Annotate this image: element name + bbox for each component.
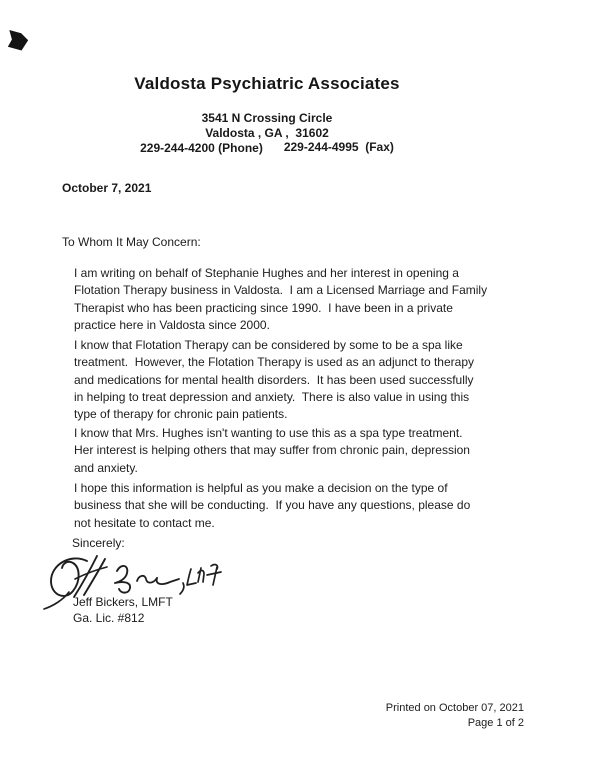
paragraph-line: Therapist who has been practicing since … [74,300,554,317]
letterhead: Valdosta Psychiatric Associates 3541 N C… [0,74,534,156]
scanned-letter-page: Valdosta Psychiatric Associates 3541 N C… [0,0,600,777]
letterhead-org-name: Valdosta Psychiatric Associates [0,74,534,94]
letterhead-address-line2: Valdosta , GA , 31602 [0,126,534,141]
signer-license: Ga. Lic. #812 [73,610,173,626]
paragraph-line: practice here in Valdosta since 2000. [74,317,554,334]
paragraph-line: I am writing on behalf of Stephanie Hugh… [74,265,554,282]
paragraph-1: I am writing on behalf of Stephanie Hugh… [74,265,554,334]
paragraph-line: Her interest is helping others that may … [74,442,554,459]
letter-salutation: To Whom It May Concern: [62,235,201,249]
paragraph-4: I hope this information is helpful as yo… [74,480,554,532]
paragraph-line: and medications for mental health disord… [74,372,554,389]
paragraph-line: Flotation Therapy business in Valdosta. … [74,282,554,299]
signer-name: Jeff Bickers, LMFT [73,594,173,610]
paragraph-line: in helping to treat depression and anxie… [74,389,554,406]
paragraph-2: I know that Flotation Therapy can be con… [74,337,554,423]
paragraph-line: I know that Flotation Therapy can be con… [74,337,554,354]
printed-on-label: Printed on October 07, 2021 [386,701,524,716]
letterhead-fax: 229-244-4995 (Fax) [284,140,394,154]
letterhead-address-line1: 3541 N Crossing Circle [0,111,534,126]
paragraph-line: not hesitate to contact me. [74,515,554,532]
scan-artifact [6,28,30,53]
page-footer: Printed on October 07, 2021 Page 1 of 2 [386,701,524,730]
signature-block: Jeff Bickers, LMFT Ga. Lic. #812 [73,594,173,626]
letter-closing: Sincerely: [72,536,125,550]
paragraph-3: I know that Mrs. Hughes isn't wanting to… [74,425,554,477]
page-number: Page 1 of 2 [386,716,524,731]
paragraph-line: I know that Mrs. Hughes isn't wanting to… [74,425,554,442]
paragraph-line: and anxiety. [74,460,554,477]
paragraph-line: I hope this information is helpful as yo… [74,480,554,497]
paragraph-line: business that she will be conducting. If… [74,497,554,514]
paragraph-line: type of therapy for chronic pain patient… [74,406,554,423]
letterhead-phone: 229-244-4200 (Phone) [140,141,263,155]
letterhead-contact-line: 229-244-4200 (Phone)229-244-4995 (Fax) [0,141,534,156]
letter-date: October 7, 2021 [62,181,151,195]
paragraph-line: treatment. However, the Flotation Therap… [74,354,554,371]
